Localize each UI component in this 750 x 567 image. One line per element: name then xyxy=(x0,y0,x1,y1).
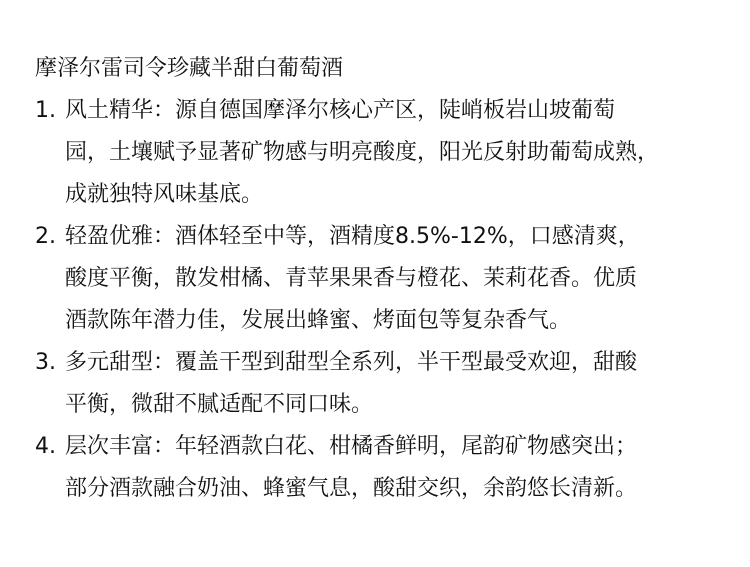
item-line: 多元甜型：覆盖干型到甜型全系列，半干型最受欢迎，甜酸 xyxy=(65,342,637,384)
list-item-3: 3. 多元甜型：覆盖干型到甜型全系列，半干型最受欢迎，甜酸 平衡，微甜不腻适配不… xyxy=(35,342,735,426)
item-number: 3. xyxy=(35,342,65,384)
item-line: 部分酒款融合奶油、蜂蜜气息，酸甜交织，余韵悠长清新。 xyxy=(35,468,735,510)
item-line: 酒款陈年潜力佳，发展出蜂蜜、烤面包等复杂香气。 xyxy=(35,300,735,342)
item-line: 轻盈优雅：酒体轻至中等，酒精度8.5%-12%，口感清爽， xyxy=(65,216,640,258)
list-item-2: 2. 轻盈优雅：酒体轻至中等，酒精度8.5%-12%，口感清爽， 酸度平衡，散发… xyxy=(35,216,735,342)
item-line: 平衡，微甜不腻适配不同口味。 xyxy=(35,384,735,426)
item-line: 园，土壤赋予显著矿物感与明亮酸度，阳光反射助葡萄成熟， xyxy=(35,132,735,174)
list-item-1: 1. 风土精华：源自德国摩泽尔核心产区，陡峭板岩山坡葡萄 园，土壤赋予显著矿物感… xyxy=(35,90,735,216)
item-line: 风土精华：源自德国摩泽尔核心产区，陡峭板岩山坡葡萄 xyxy=(65,90,615,132)
item-number: 2. xyxy=(35,216,65,258)
list-item-4: 4. 层次丰富：年轻酒款白花、柑橘香鲜明，尾韵矿物感突出； 部分酒款融合奶油、蜂… xyxy=(35,426,735,510)
item-line: 层次丰富：年轻酒款白花、柑橘香鲜明，尾韵矿物感突出； xyxy=(65,426,637,468)
document: 摩泽尔雷司令珍藏半甜白葡萄酒 1. 风土精华：源自德国摩泽尔核心产区，陡峭板岩山… xyxy=(35,48,735,510)
document-title: 摩泽尔雷司令珍藏半甜白葡萄酒 xyxy=(35,48,735,90)
item-line: 酸度平衡，散发柑橘、青苹果果香与橙花、茉莉花香。优质 xyxy=(35,258,735,300)
item-line: 成就独特风味基底。 xyxy=(35,174,735,216)
item-number: 4. xyxy=(35,426,65,468)
item-number: 1. xyxy=(35,90,65,132)
